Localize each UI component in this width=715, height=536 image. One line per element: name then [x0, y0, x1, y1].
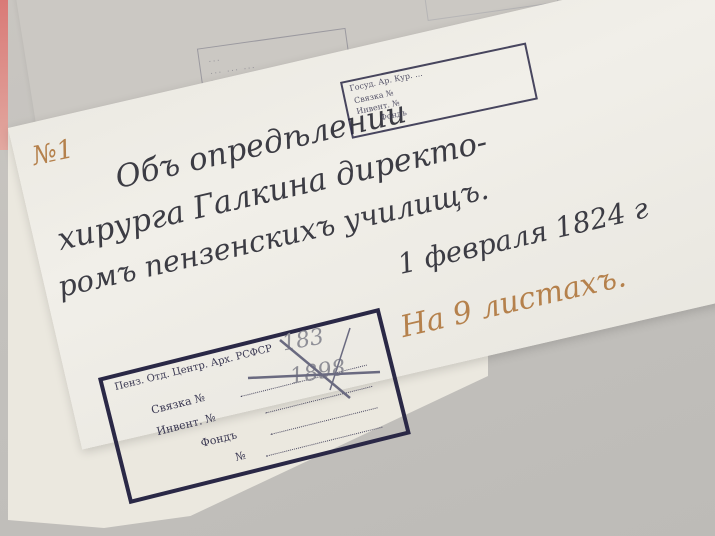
stamp-row-bundle: Связка № — [150, 391, 206, 417]
stamp-row-number: № — [234, 449, 247, 464]
stamp-row-fond: Фондъ — [199, 428, 238, 450]
folder-edge-strip — [0, 0, 8, 150]
pencil-cross-out-mark — [240, 320, 390, 400]
